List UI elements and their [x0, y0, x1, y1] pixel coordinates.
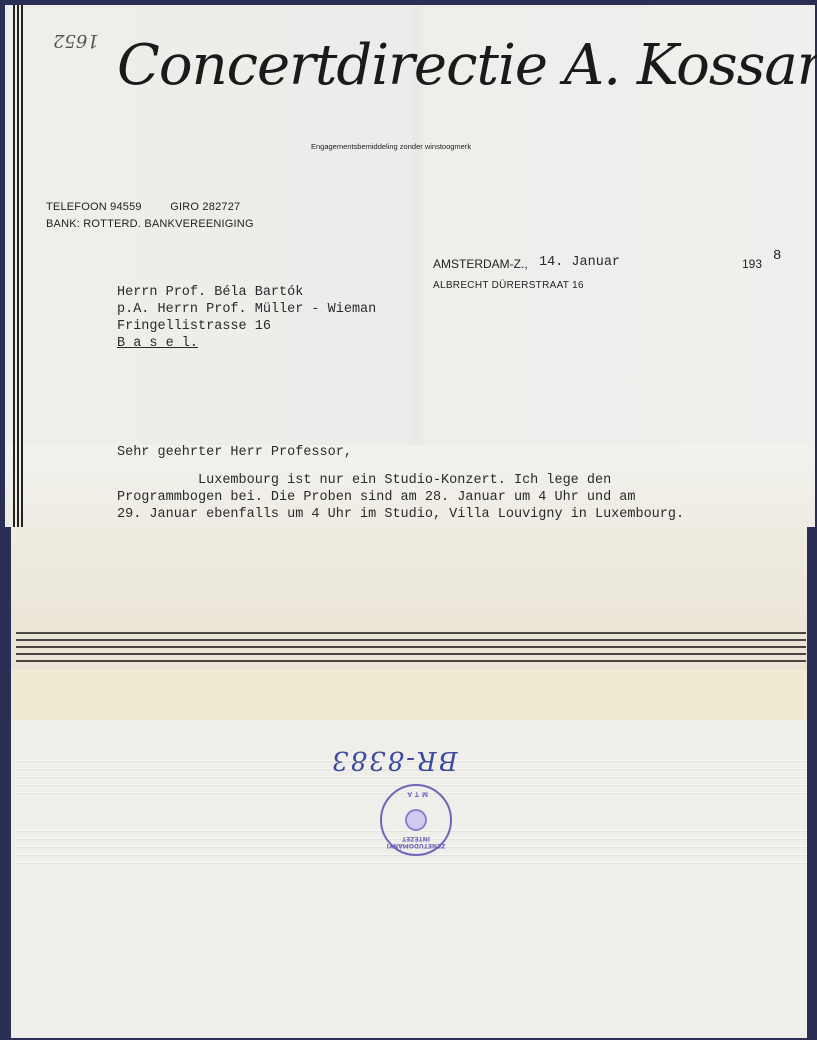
- recipient-line: Herrn Prof. Béla Bartók: [117, 285, 303, 300]
- body-line: Programmbogen bei. Die Proben sind am 28…: [117, 490, 635, 505]
- contact-line: TELEFOON 94559 GIRO 282727: [46, 201, 240, 213]
- giro: GIRO 282727: [170, 201, 240, 213]
- dateline: AMSTERDAM-Z., 14. Januar: [433, 257, 620, 273]
- year-prefix: 193: [742, 257, 762, 271]
- bank: BANK: ROTTERD. BANKVEREENIGING: [46, 218, 254, 230]
- letter-date: 14. Januar: [539, 255, 620, 270]
- library-stamp: ZENETUDOMÁNYI INTÉZET MTA: [380, 784, 452, 856]
- letterhead-border-rules: [13, 5, 25, 527]
- year-digit: 8: [773, 248, 781, 264]
- letterhead-brand: Concertdirectie A. Kossar: [117, 33, 717, 98]
- letterhead-tagline: Engagementsbemiddeling zonder winstoogme…: [311, 142, 471, 151]
- body-line: Luxembourg ist nur ein Studio-Konzert. I…: [117, 473, 611, 488]
- stamp-ring-text: ZENETUDOMÁNYI INTÉZET: [382, 835, 450, 849]
- archive-number: 1652: [53, 30, 99, 51]
- music-staff: [16, 632, 806, 662]
- shelf-mark-pencil: BR-8383: [330, 745, 458, 775]
- recipient-line: p.A. Herrn Prof. Müller - Wieman: [117, 302, 376, 317]
- crest-icon: [405, 809, 427, 831]
- body-line: 29. Januar ebenfalls um 4 Uhr im Studio,…: [117, 507, 684, 522]
- street-address: ALBRECHT DÜRERSTRAAT 16: [433, 280, 584, 291]
- recipient-line: Fringellistrasse 16: [117, 319, 271, 334]
- telephone: TELEFOON 94559: [46, 201, 142, 213]
- city: AMSTERDAM-Z.,: [433, 257, 528, 271]
- stamp-bottom-text: MTA: [382, 790, 450, 797]
- salutation: Sehr geehrter Herr Professor,: [117, 445, 352, 460]
- music-sheet-reverse: [11, 520, 807, 1038]
- letter-sheet: 1652 Concertdirectie A. Kossar Engagemen…: [5, 5, 815, 527]
- recipient-city: B a s e l.: [117, 336, 198, 351]
